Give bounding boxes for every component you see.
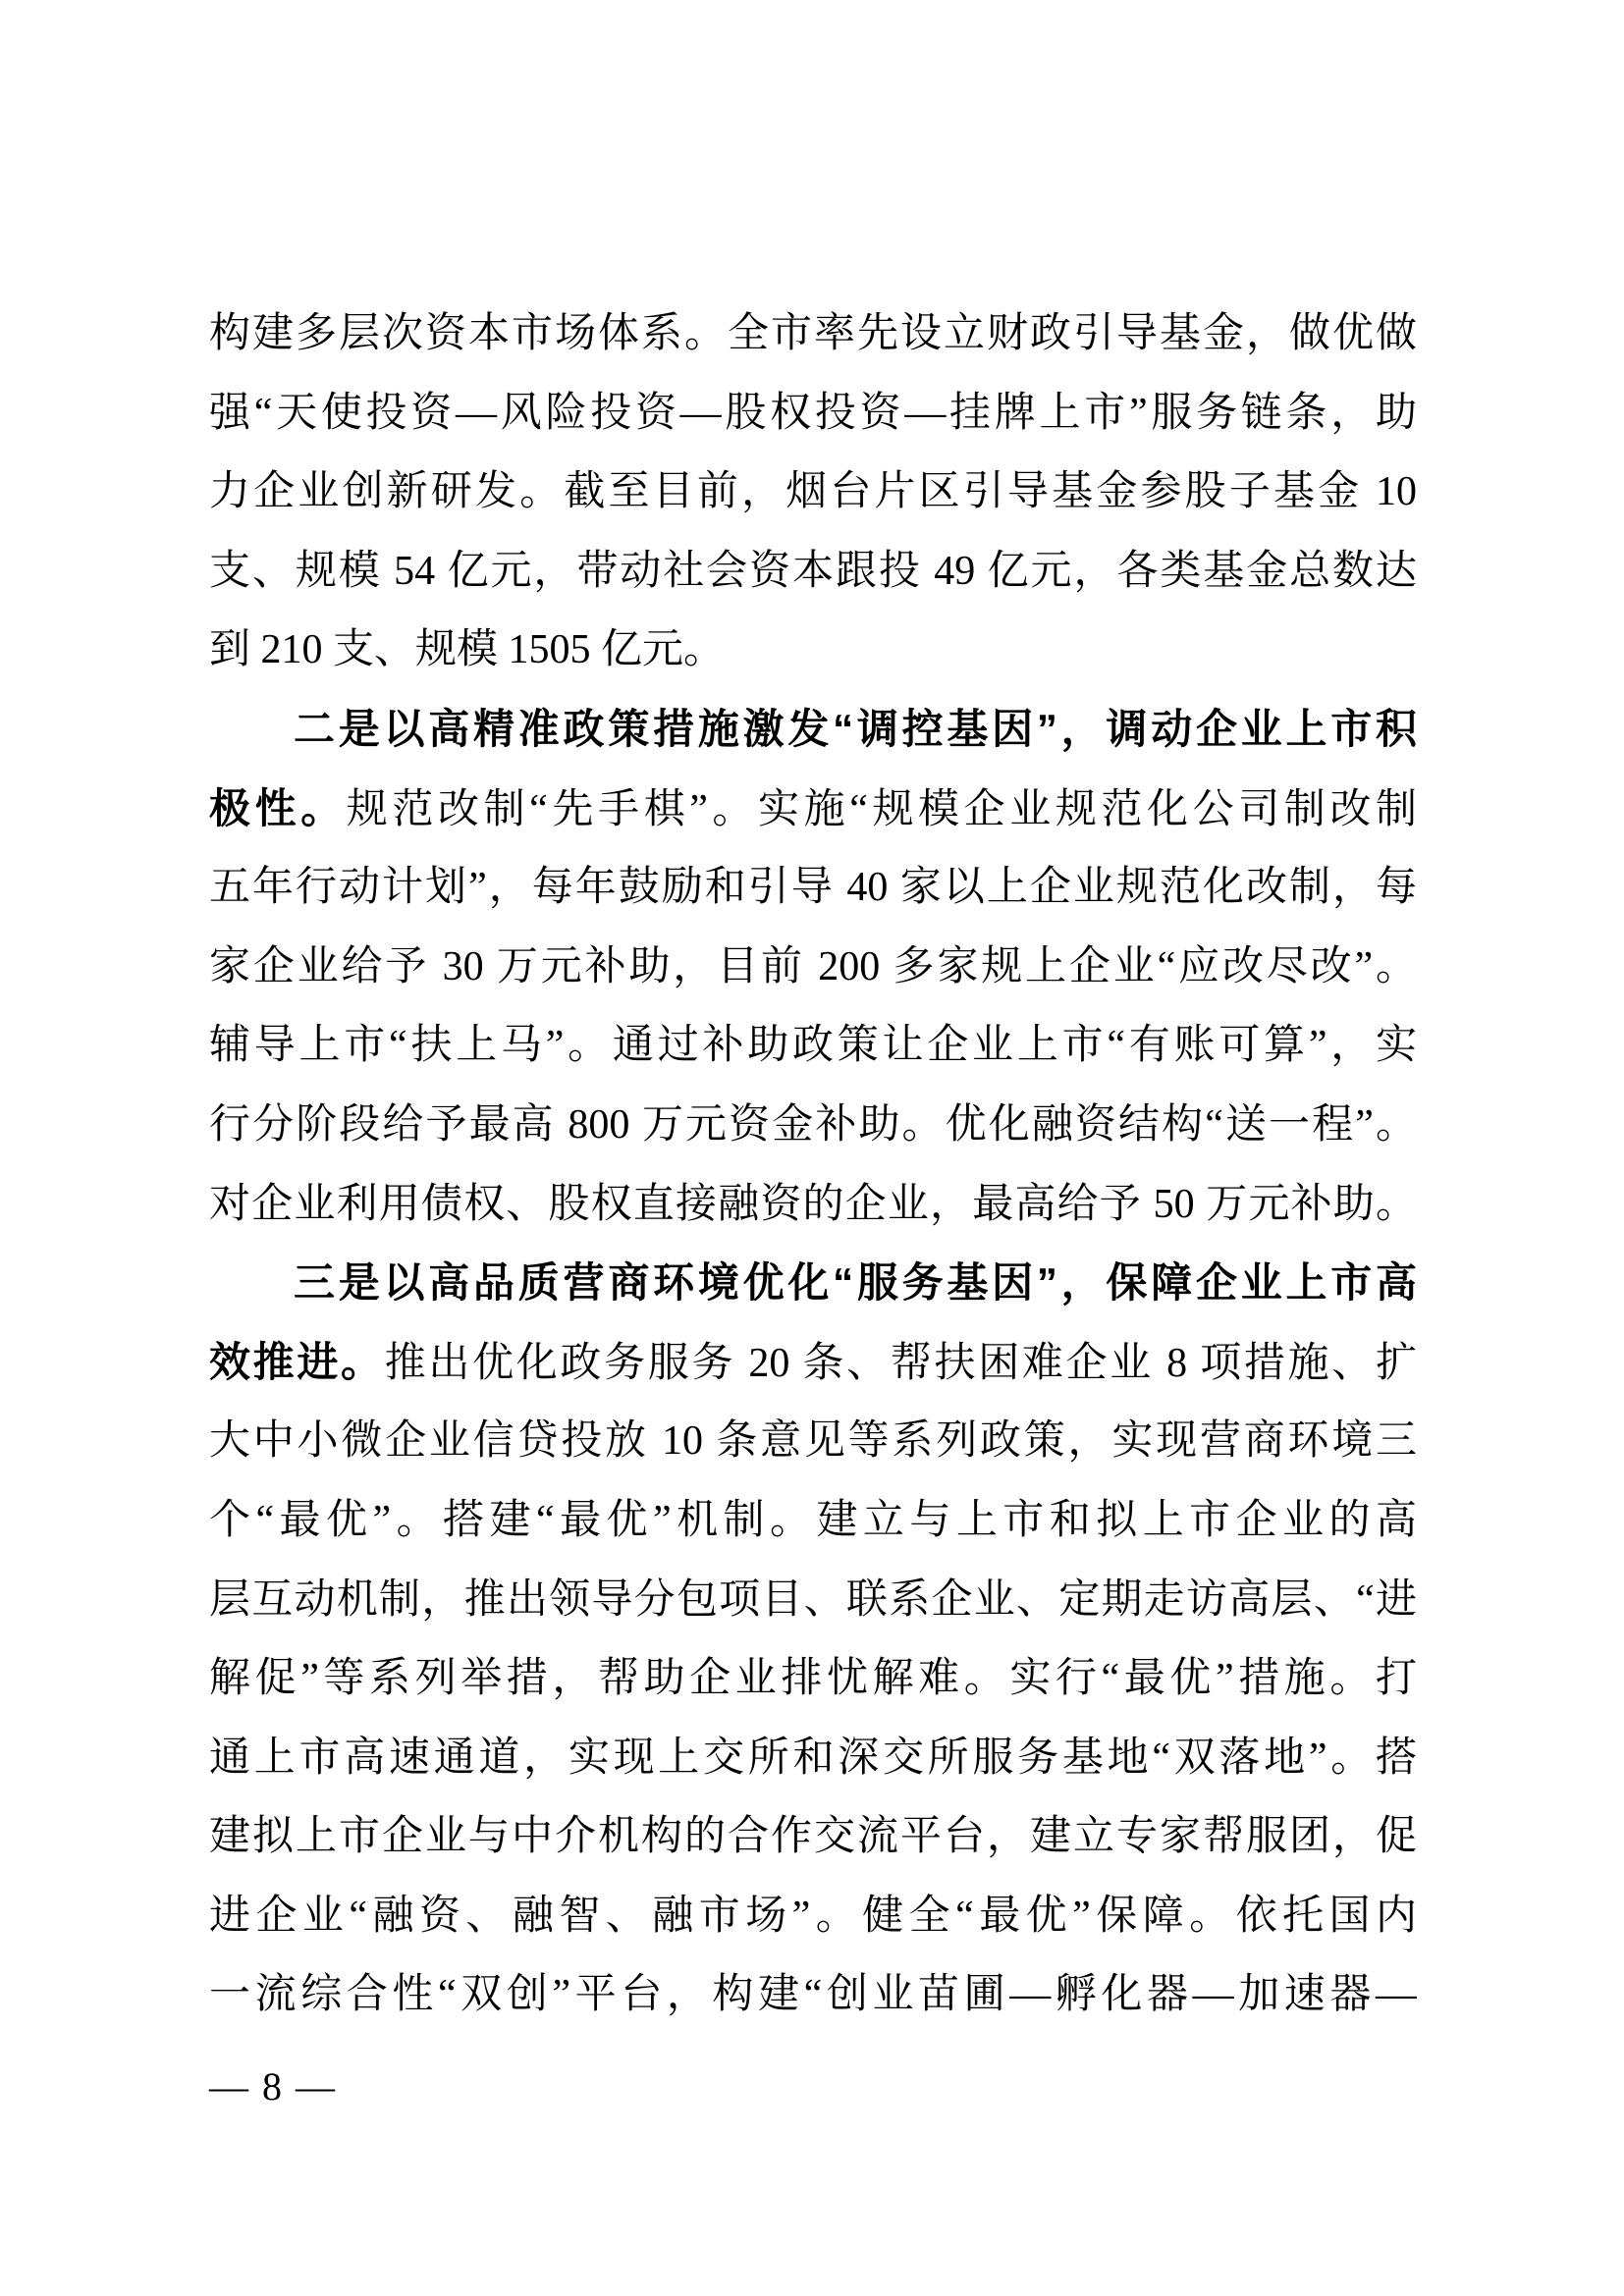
- text-line-8: 五年行动计划”，每年鼓励和引导 40 家以上企业规范化改制，每: [209, 848, 1417, 928]
- text-line-11: 行分阶段给予最高 800 万元资金补助。优化融资结构“送一程”。: [209, 1086, 1417, 1165]
- body-text-segment: 规范改制“先手棋”。实施“规模企业规范化公司制改制: [347, 787, 1417, 832]
- bold-heading-segment: 极性。: [209, 785, 347, 831]
- text-line-12: 对企业利用债权、股权直接融资的企业，最高给予 50 万元补助。: [209, 1165, 1417, 1245]
- text-line-20: 建拟上市企业与中介机构的合作交流平台，建立专家帮服团，促: [209, 1797, 1417, 1877]
- body-text-segment: 建拟上市企业与中介机构的合作交流平台，建立专家帮服团，促: [209, 1814, 1417, 1859]
- text-line-10: 辅导上市“扶上马”。通过补助政策让企业上市“有账可算”，实: [209, 1006, 1417, 1086]
- body-text-segment: 到 210 支、规模 1505 亿元。: [209, 627, 725, 672]
- body-text-segment: 支、规模 54 亿元，带动社会资本跟投 49 亿元，各类基金总数达: [209, 549, 1417, 594]
- text-line-21: 进企业“融资、融智、融市场”。健全“最优”保障。依托国内: [209, 1877, 1417, 1956]
- text-line-17: 层互动机制，推出领导分包项目、联系企业、定期走访高层、“进: [209, 1561, 1417, 1640]
- document-body-lines: 构建多层次资本市场体系。全市率先设立财政引导基金，做优做强“天使投资—风险投资—…: [209, 294, 1417, 2035]
- text-line-22: 一流综合性“双创”平台，构建“创业苗圃—孵化器—加速器—: [209, 1955, 1417, 2035]
- document-page: 构建多层次资本市场体系。全市率先设立财政引导基金，做优做强“天使投资—风险投资—…: [0, 0, 1624, 2296]
- text-line-2: 强“天使投资—风险投资—股权投资—挂牌上市”服务链条，助: [209, 374, 1417, 454]
- text-line-3: 力企业创新研发。截至目前，烟台片区引导基金参股子基金 10: [209, 453, 1417, 532]
- body-text-segment: 对企业利用债权、股权直接融资的企业，最高给予 50 万元补助。: [209, 1182, 1417, 1227]
- body-text-segment: 强“天使投资—风险投资—股权投资—挂牌上市”服务链条，助: [209, 391, 1417, 436]
- text-line-4: 支、规模 54 亿元，带动社会资本跟投 49 亿元，各类基金总数达: [209, 532, 1417, 612]
- body-text-segment: 个“最优”。搭建“最优”机制。建立与上市和拟上市企业的高: [209, 1498, 1417, 1543]
- text-line-15: 大中小微企业信贷投放 10 条意见等系列政策，实现营商环境三: [209, 1402, 1417, 1481]
- body-text-segment: 通上市高速通道，实现上交所和深交所服务基地“双落地”。搭: [209, 1735, 1417, 1781]
- body-text-segment: 构建多层次资本市场体系。全市率先设立财政引导基金，做优做: [209, 311, 1417, 356]
- text-line-6: 二是以高精准政策措施激发“调控基因”，调动企业上市积: [209, 690, 1417, 770]
- text-line-14: 效推进。推出优化政务服务 20 条、帮扶困难企业 8 项措施、扩: [209, 1323, 1417, 1403]
- body-text-segment: 大中小微企业信贷投放 10 条意见等系列政策，实现营商环境三: [209, 1418, 1417, 1464]
- text-line-19: 通上市高速通道，实现上交所和深交所服务基地“双落地”。搭: [209, 1719, 1417, 1798]
- body-text-segment: 解促”等系列举措，帮助企业排忧解难。实行“最优”措施。打: [209, 1656, 1417, 1701]
- body-text-segment: 力企业创新研发。截至目前，烟台片区引导基金参股子基金 10: [209, 469, 1417, 514]
- body-text-segment: 五年行动计划”，每年鼓励和引导 40 家以上企业规范化改制，每: [209, 865, 1417, 910]
- bold-heading-segment: 三是以高品质营商环境优化“服务基因”，保障企业上市高: [294, 1259, 1417, 1306]
- body-text-segment: 进企业“融资、融智、融市场”。健全“最优”保障。依托国内: [209, 1894, 1417, 1939]
- text-line-13: 三是以高品质营商环境优化“服务基因”，保障企业上市高: [209, 1244, 1417, 1323]
- body-text-segment: 推出优化政务服务 20 条、帮扶困难企业 8 项措施、扩: [385, 1341, 1417, 1386]
- text-line-16: 个“最优”。搭建“最优”机制。建立与上市和拟上市企业的高: [209, 1481, 1417, 1561]
- body-text-segment: 一流综合性“双创”平台，构建“创业苗圃—孵化器—加速器—: [209, 1972, 1417, 2017]
- body-text-segment: 层互动机制，推出领导分包项目、联系企业、定期走访高层、“进: [209, 1577, 1417, 1623]
- body-text-segment: 辅导上市“扶上马”。通过补助政策让企业上市“有账可算”，实: [209, 1023, 1417, 1068]
- text-line-1: 构建多层次资本市场体系。全市率先设立财政引导基金，做优做: [209, 294, 1417, 374]
- text-line-7: 极性。规范改制“先手棋”。实施“规模企业规范化公司制改制: [209, 770, 1417, 849]
- text-line-5: 到 210 支、规模 1505 亿元。: [209, 611, 1417, 690]
- bold-heading-segment: 效推进。: [209, 1339, 385, 1385]
- bold-heading-segment: 二是以高精准政策措施激发“调控基因”，调动企业上市积: [294, 706, 1417, 752]
- text-line-18: 解促”等系列举措，帮助企业排忧解难。实行“最优”措施。打: [209, 1639, 1417, 1719]
- text-line-9: 家企业给予 30 万元补助，目前 200 多家规上企业“应改尽改”。: [209, 928, 1417, 1007]
- page-number-footer: — 8 —: [209, 2059, 337, 2114]
- body-text-segment: 行分阶段给予最高 800 万元资金补助。优化融资结构“送一程”。: [209, 1102, 1417, 1148]
- body-text-segment: 家企业给予 30 万元补助，目前 200 多家规上企业“应改尽改”。: [209, 944, 1417, 989]
